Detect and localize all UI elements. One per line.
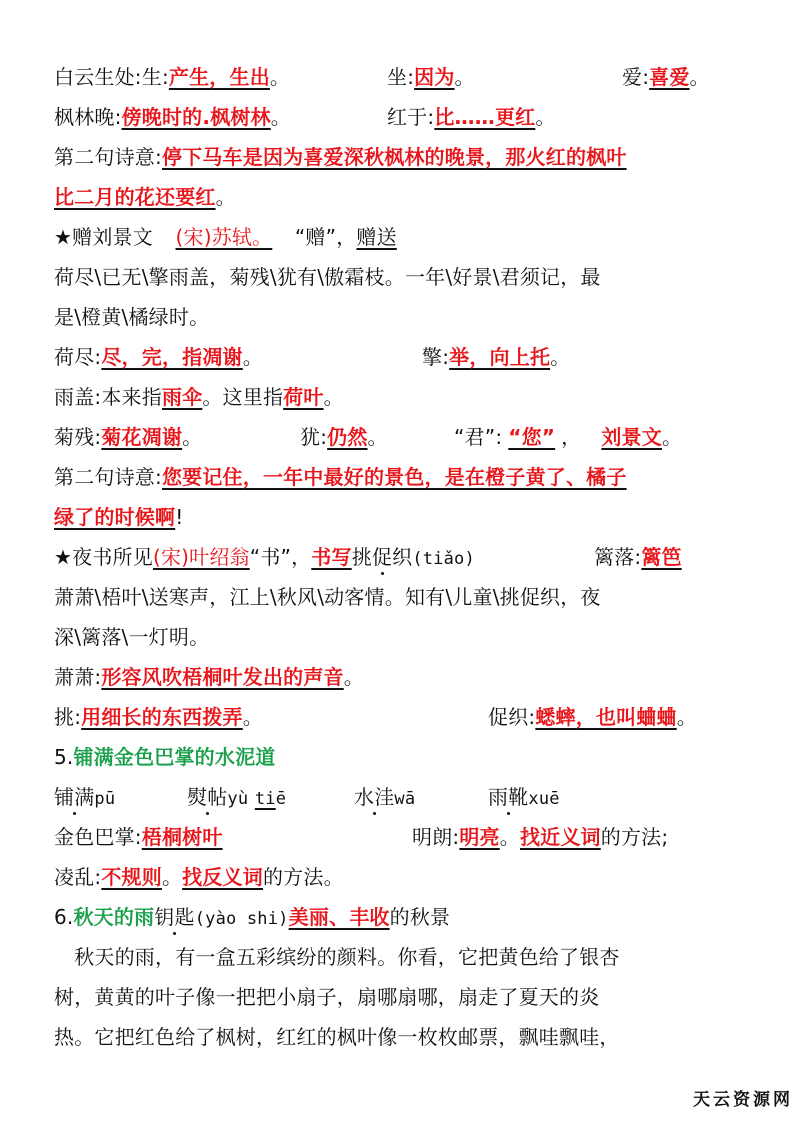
star-icon: ★ (54, 545, 72, 569)
pinyin: ē (276, 789, 286, 809)
text: 的秋景 (390, 905, 451, 929)
term-label: 促织: (488, 705, 535, 729)
term-label: 金色巴掌: (54, 825, 142, 849)
answer: 梧桐树叶 (142, 825, 223, 849)
text: 的方法。 (263, 865, 344, 889)
lesson-heading-5: 5.铺满金色巴掌的水泥道 (54, 742, 275, 772)
poem-heading-zeng-liu-jingwen: ★赠刘景文 (宋)苏轼。 “赠”，赠送 (54, 222, 397, 252)
passage-line-1: 秋天的雨，有一盒五彩缤纷的颜料。你看，它把黄色给了银杏 (54, 942, 620, 972)
term-label: “书”， (250, 545, 312, 569)
pinyin: yù (227, 789, 248, 809)
punct: 。 (243, 345, 263, 369)
poem-author: (宋)叶绍翁 (153, 545, 250, 569)
punct: 。 (677, 705, 697, 729)
answer: 刘景文 (589, 425, 662, 449)
answer: 您要记住，一年中最好的景色，是在橙子黄了、橘子 (162, 465, 627, 489)
answer: 荷叶 (283, 385, 323, 409)
poem-title: 赠刘景文 (72, 225, 159, 249)
answer: 仍然 (327, 425, 367, 449)
definition-minglang: 明朗:明亮。找近义词的方法; (412, 822, 668, 852)
punct: 。 (324, 385, 344, 409)
vocab-word: 钥匙 (154, 902, 194, 932)
poem-meaning-line-4: 绿了的时候啊! (54, 502, 183, 532)
answer: 停下马车是因为喜爱深秋枫林的晚景，那火红的枫叶 (162, 145, 627, 169)
answer: 形容风吹梧桐叶发出的声音 (101, 665, 343, 689)
answer: 比……更红 (434, 105, 535, 129)
punct: 。 (550, 345, 570, 369)
punct: 。 (662, 425, 682, 449)
answer: 找近义词 (520, 825, 601, 849)
poem-meaning-line-1: 第二句诗意:停下马车是因为喜爱深秋枫林的晚景，那火红的枫叶 (54, 142, 627, 172)
document-page: 白云生处:生:产生，生出。 坐:因为。 爱:喜爱。 枫林晚:傍晚时的.枫树林。 … (0, 0, 793, 1122)
punct: 。 (455, 65, 475, 89)
answer: 比二月的花还要红 (54, 185, 216, 209)
answer: 喜爱 (649, 65, 689, 89)
term-label: 擎: (422, 345, 449, 369)
answer: 找反义词 (182, 865, 263, 889)
term-label: 凌乱: (54, 865, 101, 889)
poem-text-line-1: 荷尽\已无\擎雨盖，菊残\犹有\傲霜枝。一年\好景\君须记，最 (54, 262, 601, 292)
poem-text-line-2: 是\橙黄\橘绿时。 (54, 302, 209, 332)
gloss: 赠送 (356, 225, 396, 249)
answer: 用细长的东西拨弄 (81, 705, 243, 729)
term-label: 菊残: (54, 425, 101, 449)
poem-meaning-line-2: 比二月的花还要红。 (54, 182, 236, 212)
pinyin: (tiǎo) (412, 549, 475, 569)
definition-hejin: 荷尽:尽，完，指凋谢。 (54, 342, 263, 372)
poem-text-line-3: 萧萧\梧叶\送寒声，江上\秋风\动客情。知有\儿童\挑促织，夜 (54, 582, 601, 612)
lesson-number: 5. (54, 745, 73, 769)
term-label: 枫林晚: (54, 105, 122, 129)
punct: 。 (271, 105, 291, 129)
term-label: 白云生处:生: (54, 65, 169, 89)
answer: “您” (502, 425, 561, 449)
answer: 尽，完，指凋谢 (101, 345, 242, 369)
vocab-word: 熨帖 (187, 782, 227, 812)
definition-yugai: 雨盖:本来指雨伞。这里指荷叶。 (54, 382, 344, 412)
term-word: 挑促织 (352, 542, 413, 572)
answer: 明亮 (459, 825, 499, 849)
definition-sheng: 白云生处:生:产生，生出。 (54, 62, 290, 92)
poem-meaning-line-3: 第二句诗意:您要记住，一年中最好的景色，是在橙子黄了、橘子 (54, 462, 627, 492)
punct: 。 (162, 865, 182, 889)
term-label: 坐: (387, 65, 414, 89)
definition-tiao: 挑:用细长的东西拨弄。 (54, 702, 263, 732)
punct: ! (175, 505, 183, 529)
term-label: “赠”， (288, 225, 356, 249)
author-text: (宋)苏轼。 (176, 225, 273, 249)
lesson-heading-6: 6.秋天的雨 钥匙(yào shi)美丽、丰收的秋景 (54, 902, 450, 932)
term-label: 第二句诗意: (54, 465, 162, 489)
punct: 。 (535, 105, 555, 129)
definition-lingluan: 凌乱:不规则。找反义词的方法。 (54, 862, 344, 892)
definition-liluo: 篱落:篱笆 (594, 542, 682, 572)
answer: 菊花凋谢 (101, 425, 182, 449)
answer: 绿了的时候啊 (54, 505, 175, 529)
term-label: 挑: (54, 705, 81, 729)
definition-xiaoxiao: 萧萧:形容风吹梧桐叶发出的声音。 (54, 662, 364, 692)
pinyin: wā (394, 789, 415, 809)
punct: 。 (500, 825, 520, 849)
star-icon: ★ (54, 225, 72, 249)
punct: 。 (344, 665, 364, 689)
definition-you: 犹:仍然。 (300, 422, 388, 452)
definition-jucan: 菊残:菊花凋谢。 (54, 422, 202, 452)
pinyin: (yào shi) (195, 909, 289, 929)
punct: 。 (182, 425, 202, 449)
answer: 篱笆 (641, 545, 681, 569)
poem-title: 夜书所见 (72, 545, 153, 569)
poem-author: (宋)苏轼。 (160, 225, 289, 249)
vocab-puman: 铺满pū (54, 782, 115, 814)
term-label: 雨盖:本来指 (54, 385, 162, 409)
vocab-yutie: 熨帖yù tiē (187, 782, 286, 814)
definition-hongyu: 红于:比……更红。 (387, 102, 556, 132)
definition-fenglinwan: 枫林晚:傍晚时的.枫树林。 (54, 102, 291, 132)
answer: 不规则 (101, 865, 162, 889)
lesson-title: 铺满金色巴掌的水泥道 (73, 745, 275, 769)
definition-jinsebazhang: 金色巴掌:梧桐树叶 (54, 822, 223, 852)
answer: 书写 (311, 545, 351, 569)
lesson-number: 6. (54, 905, 73, 929)
watermark-logo: 天云资源网 (693, 1085, 793, 1110)
term-label: 第二句诗意: (54, 145, 162, 169)
answer: 因为 (414, 65, 454, 89)
pinyin: ti (255, 789, 276, 809)
poem-text-line-4: 深\篱落\一灯明。 (54, 622, 209, 652)
punct: 。 (243, 705, 263, 729)
answer: 蟋蟀，也叫蛐蛐 (535, 705, 676, 729)
punct: 。 (270, 65, 290, 89)
text: 。这里指 (202, 385, 283, 409)
punct: 。 (690, 65, 710, 89)
term-label: 篱落: (594, 545, 641, 569)
term-label: 荷尽: (54, 345, 101, 369)
text: 的方法; (601, 825, 669, 849)
lesson-title: 秋天的雨 (73, 905, 154, 929)
answer: 傍晚时的.枫树林 (122, 105, 271, 129)
poem-heading-ye-shu-suo-jian: ★夜书所见(宋)叶绍翁“书”，书写挑促织(tiǎo) 篱落:篱笆 (54, 542, 475, 572)
punct: 。 (216, 185, 236, 209)
punct: 。 (368, 425, 388, 449)
term-label: 萧萧: (54, 665, 101, 689)
answer: 产生，生出 (169, 65, 270, 89)
definition-jun: “君”:“您”，刘景文。 (454, 422, 682, 452)
answer-text: “您” (508, 425, 555, 449)
punct: ， (561, 425, 581, 449)
vocab-yuxue: 雨靴xuē (488, 782, 560, 814)
definition-ai: 爱:喜爱。 (622, 62, 710, 92)
passage-line-3: 热。它把红色给了枫树，红红的枫叶像一枚枚邮票，飘哇飘哇， (54, 1022, 620, 1052)
pinyin: pū (94, 789, 115, 809)
term-label: “君”: (454, 425, 502, 449)
answer: 举，向上托 (449, 345, 550, 369)
term-label: 明朗: (412, 825, 459, 849)
answer: 美丽、丰收 (289, 905, 390, 929)
definition-qing: 擎:举，向上托。 (422, 342, 570, 372)
pinyin: xuē (528, 789, 559, 809)
definition-cuzhi: 促织:蟋蟀，也叫蛐蛐。 (488, 702, 697, 732)
vocab-word: 雨靴 (488, 782, 528, 812)
term-label: 犹: (300, 425, 327, 449)
answer-text: 刘景文 (601, 425, 662, 449)
vocab-word: 铺满 (54, 782, 94, 812)
vocab-word: 水洼 (354, 782, 394, 812)
answer: 雨伞 (162, 385, 202, 409)
passage-line-2: 树，黄黄的叶子像一把把小扇子，扇哪扇哪，扇走了夏天的炎 (54, 982, 599, 1012)
term-label: 红于: (387, 105, 434, 129)
vocab-shuiwa: 水洼wā (354, 782, 415, 814)
term-label: 爱: (622, 65, 649, 89)
definition-zuo: 坐:因为。 (387, 62, 475, 92)
